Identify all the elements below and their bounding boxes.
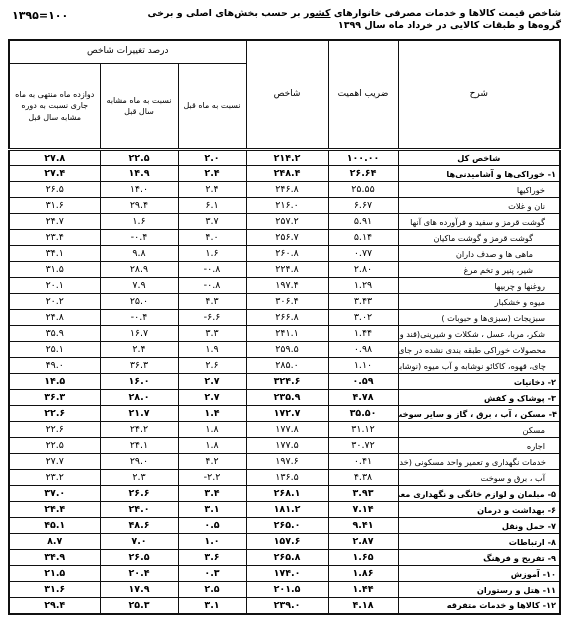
row-label-cell: شکر، مربا، عسل ، شکلات و شیرینی(قند و شک… [398,326,560,342]
title-prefix: شاخص قیمت کالاها و خدمات مصرفی خانوارهای [331,8,561,19]
index-cell: ۱۸۱.۲ [246,502,328,518]
index-cell: ۲۴۶.۸ [246,182,328,198]
year-change-cell: ۹.۸ [100,246,178,262]
year-change-cell: ۲۸.۹ [100,262,178,278]
row-label-cell: ۸- ارتباطات [398,534,560,550]
table-row: ۳- پوشاک و کفش۴.۷۸۲۳۵.۹۲.۷۲۸.۰۳۶.۳ [9,390,560,406]
month-change-cell: ۱.۰ [178,534,246,550]
row-label-cell: آب ، برق و سوخت [398,470,560,486]
col-header-weight: ضریب اهمیت [328,40,398,150]
index-cell: ۲۵۶.۷ [246,230,328,246]
row-label-cell: ۱- خوراکی‌ها و آشامیدنی‌ها [398,166,560,182]
index-cell: ۲۰۱.۵ [246,582,328,598]
twelve-month-change-cell: ۳۵.۹ [9,326,100,342]
table-row: مسکن۳۱.۱۲۱۷۷.۸۱.۸۲۴.۲۲۲.۶ [9,422,560,438]
month-change-cell: ۲.۴ [178,166,246,182]
twelve-month-change-cell: ۲۰.۲ [9,294,100,310]
table-row: ماهی ها و صدف داران۰.۷۷۲۶۰.۸۱.۶۹.۸۳۴.۱ [9,246,560,262]
index-cell: ۱۹۷.۶ [246,454,328,470]
col-header-month-over-month: نسبت به ماه قبل [178,64,246,150]
weight-cell: ۴.۷۸ [328,390,398,406]
table-row: خدمات نگهداری و تعمیر واحد مسکونی (خدمت … [9,454,560,470]
row-label-cell: ماهی ها و صدف داران [398,246,560,262]
row-label-cell: ۲- دخانیات [398,374,560,390]
year-change-cell: ۲۴.۱ [100,438,178,454]
year-change-cell: ۱۴.۹ [100,166,178,182]
col-header-twelve-month: دوازده ماه منتهی به ماه جاری نسبت به دور… [9,64,100,150]
weight-cell: ۱.۱۰ [328,358,398,374]
month-change-cell: ۲.۵ [178,582,246,598]
index-cell: ۱۹۷.۴ [246,278,328,294]
twelve-month-change-cell: ۲۰.۱ [9,278,100,294]
twelve-month-change-cell: ۳۱.۶ [9,198,100,214]
weight-cell: ۶.۶۷ [328,198,398,214]
twelve-month-change-cell: ۲۱.۵ [9,566,100,582]
twelve-month-change-cell: ۲۵.۱ [9,342,100,358]
year-change-cell: ۱۷.۹ [100,582,178,598]
month-change-cell: ۱.۹ [178,342,246,358]
document-title: شاخص قیمت کالاها و خدمات مصرفی خانوارهای… [121,8,561,33]
row-label-cell: روغنها و چربیها [398,278,560,294]
base-year-note: ۱۳۹۵=۱۰۰ [12,8,68,22]
month-change-cell: ۲.۷ [178,374,246,390]
weight-cell: ۱.۸۶ [328,566,398,582]
month-change-cell: ۶.۱ [178,198,246,214]
index-cell: ۲۴۸.۴ [246,166,328,182]
row-label-cell: ۱۱- هتل و رستوران [398,582,560,598]
row-label-cell: ۱۲- کالاها و خدمات متفرقه [398,598,560,614]
year-change-cell: -۰.۴ [100,230,178,246]
row-label-cell: مسکن [398,422,560,438]
year-change-cell: ۷.۰ [100,534,178,550]
year-change-cell: ۲۶.۶ [100,486,178,502]
table-row: شیر، پنیر و تخم مرغ۲.۸۰۲۲۴.۸-۰.۸۲۸.۹۳۱.۵ [9,262,560,278]
table-row: ۱۱- هتل و رستوران۱.۴۴۲۰۱.۵۲.۵۱۷.۹۳۱.۶ [9,582,560,598]
row-label-cell: میوه و خشکبار [398,294,560,310]
year-change-cell: ۲۰.۴ [100,566,178,582]
weight-cell: ۳۰.۷۲ [328,438,398,454]
index-cell: ۲۶۵.۰ [246,518,328,534]
year-change-cell: ۲۵.۰ [100,294,178,310]
twelve-month-change-cell: ۲۴.۷ [9,214,100,230]
month-change-cell: ۲.۴ [178,182,246,198]
col-header-description: شرح [398,40,560,150]
table-row: ۹- تفریح و فرهنگ۱.۶۵۲۶۵.۸۳.۶۲۶.۵۳۴.۹ [9,550,560,566]
index-cell: ۱۵۷.۶ [246,534,328,550]
month-change-cell: ۴.۲ [178,454,246,470]
table-row: میوه و خشکبار۳.۴۳۳۰۶.۴۴.۳۲۵.۰۲۰.۲ [9,294,560,310]
index-cell: ۱۷۷.۵ [246,438,328,454]
month-change-cell: ۳.۳ [178,326,246,342]
twelve-month-change-cell: ۳۱.۶ [9,582,100,598]
table-row: ۱۲- کالاها و خدمات متفرقه۴.۱۸۲۳۹.۰۳.۱۲۵.… [9,598,560,614]
month-change-cell: ۱.۶ [178,246,246,262]
year-change-cell: -۰.۴ [100,310,178,326]
weight-cell: ۲۶.۶۴ [328,166,398,182]
index-cell: ۳۲۴.۶ [246,374,328,390]
index-cell: ۲۶۰.۸ [246,246,328,262]
table-row: ۵- مبلمان و لوازم خانگی و نگهداری معمول … [9,486,560,502]
row-label-cell: گوشت قرمز و سفید و فرآورده های آنها [398,214,560,230]
row-label-cell: شیر، پنیر و تخم مرغ [398,262,560,278]
weight-cell: ۴.۱۸ [328,598,398,614]
index-cell: ۱۳۶.۵ [246,470,328,486]
report-page: شاخص قیمت کالاها و خدمات مصرفی خانوارهای… [0,0,575,615]
table-row: اجاره۳۰.۷۲۱۷۷.۵۱.۸۲۴.۱۲۲.۵ [9,438,560,454]
index-cell: ۲۸۵.۰ [246,358,328,374]
table-row: آب ، برق و سوخت۴.۳۸۱۳۶.۵-۲.۲۲.۳۲۳.۲ [9,470,560,486]
table-row: ۸- ارتباطات۲.۸۷۱۵۷.۶۱.۰۷.۰۸.۷ [9,534,560,550]
twelve-month-change-cell: ۴۵.۱ [9,518,100,534]
row-label-cell: ۶- بهداشت و درمان [398,502,560,518]
month-change-cell: ۱.۴ [178,406,246,422]
year-change-cell: ۲۴.۲ [100,422,178,438]
table-row: چای، قهوه، کاکائو نوشابه و آب میوه (نوشا… [9,358,560,374]
cpi-table: شرح ضریب اهمیت شاخص درصد تغییرات شاخص نس… [8,39,561,615]
year-change-cell: ۳۶.۳ [100,358,178,374]
year-change-cell: ۲.۳ [100,470,178,486]
month-change-cell: ۳.۱ [178,598,246,614]
index-cell: ۲۶۵.۸ [246,550,328,566]
twelve-month-change-cell: ۳۴.۱ [9,246,100,262]
weight-cell: ۱.۴۴ [328,582,398,598]
title-emphasis: کشور [304,8,331,19]
twelve-month-change-cell: ۲۹.۴ [9,598,100,614]
twelve-month-change-cell: ۲۷.۴ [9,166,100,182]
index-cell: ۲۳۹.۰ [246,598,328,614]
table-row: روغنها و چربیها۱.۲۹۱۹۷.۴-۰.۸۷.۹۲۰.۱ [9,278,560,294]
weight-cell: ۲.۸۰ [328,262,398,278]
month-change-cell: -۲.۲ [178,470,246,486]
row-label-cell: محصولات خوراکی طبقه بندی نشده در جای دیگ… [398,342,560,358]
table-header: شرح ضریب اهمیت شاخص درصد تغییرات شاخص نس… [9,40,560,150]
row-label-cell: ۷- حمل ونقل [398,518,560,534]
index-cell: ۲۶۸.۱ [246,486,328,502]
month-change-cell: ۰.۳ [178,566,246,582]
twelve-month-change-cell: ۲۳.۲ [9,470,100,486]
year-change-cell: ۲۹.۰ [100,454,178,470]
twelve-month-change-cell: ۲۲.۶ [9,406,100,422]
year-change-cell: ۱۴.۰ [100,182,178,198]
weight-cell: ۲.۸۷ [328,534,398,550]
table-row: سبزیجات (سبزی‌ها و حبوبات )۳.۰۲۲۶۶.۸-۶.۶… [9,310,560,326]
weight-cell: ۴.۳۸ [328,470,398,486]
index-cell: ۲۶۶.۸ [246,310,328,326]
month-change-cell: -۰.۸ [178,262,246,278]
month-change-cell: ۳.۶ [178,550,246,566]
month-change-cell: -۶.۶ [178,310,246,326]
weight-cell: ۳.۰۲ [328,310,398,326]
year-change-cell: ۲۴.۰ [100,502,178,518]
row-label-cell: چای، قهوه، کاکائو نوشابه و آب میوه (نوشا… [398,358,560,374]
index-cell: ۲۵۹.۵ [246,342,328,358]
month-change-cell: ۴.۰ [178,230,246,246]
index-cell: ۲۱۴.۲ [246,150,328,166]
table-row: خوراکیها۲۵.۵۵۲۴۶.۸۲.۴۱۴.۰۲۶.۵ [9,182,560,198]
month-change-cell: -۰.۸ [178,278,246,294]
weight-cell: ۱.۶۵ [328,550,398,566]
twelve-month-change-cell: ۴۹.۰ [9,358,100,374]
title-bar: شاخص قیمت کالاها و خدمات مصرفی خانوارهای… [10,6,565,39]
twelve-month-change-cell: ۳۱.۵ [9,262,100,278]
twelve-month-change-cell: ۲۲.۶ [9,422,100,438]
year-change-cell: ۷.۹ [100,278,178,294]
weight-cell: ۰.۵۹ [328,374,398,390]
weight-cell: ۰.۷۷ [328,246,398,262]
year-change-cell: ۴۸.۶ [100,518,178,534]
year-change-cell: ۲.۴ [100,342,178,358]
table-row: شاخص کل۱۰۰.۰۰۲۱۴.۲۲.۰۲۲.۵۲۷.۸ [9,150,560,166]
month-change-cell: ۲.۷ [178,390,246,406]
weight-cell: ۲۵.۵۵ [328,182,398,198]
weight-cell: ۱.۴۴ [328,326,398,342]
row-label-cell: ۴- مسکن ، آب ، برق ، گاز و سایر سوخت‌ها [398,406,560,422]
index-cell: ۱۷۷.۸ [246,422,328,438]
row-label-cell: شاخص کل [398,150,560,166]
table-row: محصولات خوراکی طبقه بندی نشده در جای دیگ… [9,342,560,358]
row-label-cell: اجاره [398,438,560,454]
twelve-month-change-cell: ۳۴.۹ [9,550,100,566]
year-change-cell: ۲۸.۰ [100,390,178,406]
table-row: نان و غلات۶.۶۷۲۱۶.۰۶.۱۲۹.۴۳۱.۶ [9,198,560,214]
month-change-cell: ۲.۶ [178,358,246,374]
row-label-cell: خدمات نگهداری و تعمیر واحد مسکونی (خدمت … [398,454,560,470]
table-body: شاخص کل۱۰۰.۰۰۲۱۴.۲۲.۰۲۲.۵۲۷.۸۱- خوراکی‌ه… [9,150,560,614]
month-change-cell: ۱.۸ [178,422,246,438]
weight-cell: ۵.۹۱ [328,214,398,230]
month-change-cell: ۴.۳ [178,294,246,310]
twelve-month-change-cell: ۲۷.۸ [9,150,100,166]
weight-cell: ۷.۱۴ [328,502,398,518]
twelve-month-change-cell: ۳۶.۳ [9,390,100,406]
twelve-month-change-cell: ۳۷.۰ [9,486,100,502]
col-header-year-over-year: نسبت به ماه مشابه سال قبل [100,64,178,150]
year-change-cell: ۲۵.۳ [100,598,178,614]
table-row: ۱- خوراکی‌ها و آشامیدنی‌ها۲۶.۶۴۲۴۸.۴۲.۴۱… [9,166,560,182]
col-header-index: شاخص [246,40,328,150]
index-cell: ۲۲۴.۸ [246,262,328,278]
weight-cell: ۳۱.۱۲ [328,422,398,438]
month-change-cell: ۱.۸ [178,438,246,454]
index-cell: ۲۳۵.۹ [246,390,328,406]
twelve-month-change-cell: ۲۴.۸ [9,310,100,326]
row-label-cell: ۱۰- آموزش [398,566,560,582]
index-cell: ۱۷۴.۰ [246,566,328,582]
twelve-month-change-cell: ۱۴.۵ [9,374,100,390]
row-label-cell: ۵- مبلمان و لوازم خانگی و نگهداری معمول … [398,486,560,502]
weight-cell: ۹.۴۱ [328,518,398,534]
table-row: ۶- بهداشت و درمان۷.۱۴۱۸۱.۲۳.۱۲۴.۰۲۴.۴ [9,502,560,518]
year-change-cell: ۱۶.۰ [100,374,178,390]
index-cell: ۱۷۲.۷ [246,406,328,422]
twelve-month-change-cell: ۲۴.۴ [9,502,100,518]
weight-cell: ۳۵.۵۰ [328,406,398,422]
month-change-cell: ۲.۰ [178,150,246,166]
index-cell: ۲۵۷.۲ [246,214,328,230]
table-row: ۷- حمل ونقل۹.۴۱۲۶۵.۰۰.۵۴۸.۶۴۵.۱ [9,518,560,534]
year-change-cell: ۱۶.۷ [100,326,178,342]
row-label-cell: نان و غلات [398,198,560,214]
weight-cell: ۵.۱۴ [328,230,398,246]
twelve-month-change-cell: ۲۳.۴ [9,230,100,246]
row-label-cell: ۹- تفریح و فرهنگ [398,550,560,566]
year-change-cell: ۲۶.۵ [100,550,178,566]
weight-cell: ۳.۴۳ [328,294,398,310]
year-change-cell: ۲۹.۴ [100,198,178,214]
year-change-cell: ۲۲.۵ [100,150,178,166]
row-label-cell: گوشت قرمز و گوشت ماکیان [398,230,560,246]
table-row: شکر، مربا، عسل ، شکلات و شیرینی(قند و شک… [9,326,560,342]
index-cell: ۲۴۱.۱ [246,326,328,342]
table-row: گوشت قرمز و گوشت ماکیان۵.۱۴۲۵۶.۷۴.۰-۰.۴۲… [9,230,560,246]
weight-cell: ۱۰۰.۰۰ [328,150,398,166]
weight-cell: ۳.۹۳ [328,486,398,502]
index-cell: ۳۰۶.۴ [246,294,328,310]
month-change-cell: ۰.۵ [178,518,246,534]
year-change-cell: ۱.۶ [100,214,178,230]
twelve-month-change-cell: ۲۷.۷ [9,454,100,470]
twelve-month-change-cell: ۲۶.۵ [9,182,100,198]
twelve-month-change-cell: ۲۲.۵ [9,438,100,454]
table-row: ۲- دخانیات۰.۵۹۳۲۴.۶۲.۷۱۶.۰۱۴.۵ [9,374,560,390]
row-label-cell: سبزیجات (سبزی‌ها و حبوبات ) [398,310,560,326]
month-change-cell: ۳.۱ [178,502,246,518]
twelve-month-change-cell: ۸.۷ [9,534,100,550]
year-change-cell: ۲۱.۷ [100,406,178,422]
weight-cell: ۰.۹۸ [328,342,398,358]
row-label-cell: ۳- پوشاک و کفش [398,390,560,406]
month-change-cell: ۳.۷ [178,214,246,230]
index-cell: ۲۱۶.۰ [246,198,328,214]
table-row: ۱۰- آموزش۱.۸۶۱۷۴.۰۰.۳۲۰.۴۲۱.۵ [9,566,560,582]
weight-cell: ۰.۴۱ [328,454,398,470]
col-group-percent-change: درصد تغییرات شاخص [9,40,246,64]
row-label-cell: خوراکیها [398,182,560,198]
month-change-cell: ۳.۴ [178,486,246,502]
table-row: ۴- مسکن ، آب ، برق ، گاز و سایر سوخت‌ها۳… [9,406,560,422]
table-row: گوشت قرمز و سفید و فرآورده های آنها۵.۹۱۲… [9,214,560,230]
weight-cell: ۱.۲۹ [328,278,398,294]
